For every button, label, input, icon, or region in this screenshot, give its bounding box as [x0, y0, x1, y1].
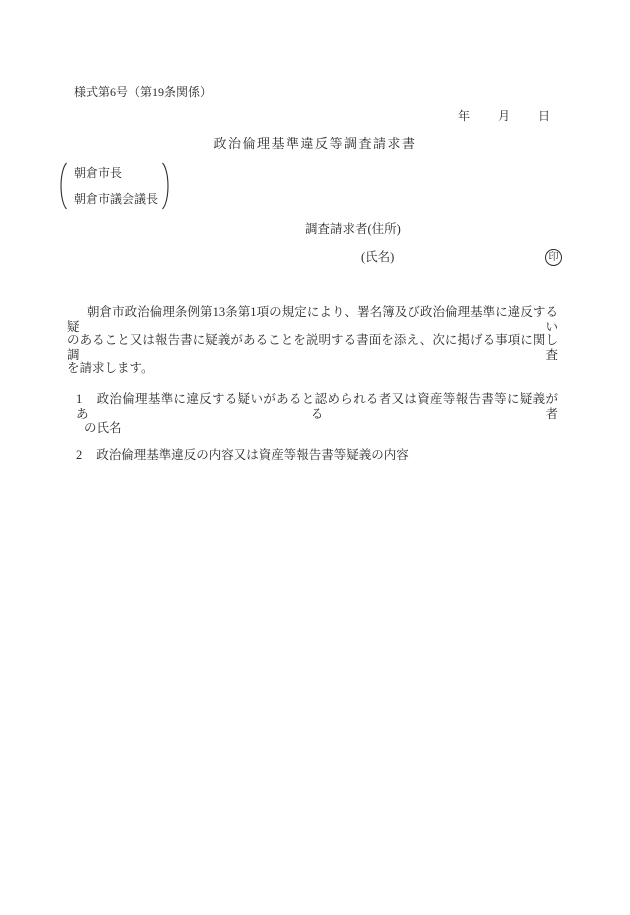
seal-character: 印: [549, 253, 559, 263]
date-month-label: 月: [498, 109, 510, 123]
date-day-label: 日: [538, 109, 550, 123]
list-item-1-number: 1: [76, 392, 82, 407]
document-page: 様式第6号（第19条関係） 年 月 日 政治倫理基準違反等調査請求書 朝倉市長 …: [0, 0, 630, 915]
form-number: 様式第6号（第19条関係）: [74, 85, 212, 99]
left-bracket-icon: [56, 162, 68, 215]
list-item-2-number: 2: [76, 448, 82, 463]
date-line: 年 月 日: [458, 109, 550, 123]
body-paragraph-line-3: を請求します。: [67, 361, 558, 376]
list-item-1-continuation: の氏名: [84, 421, 122, 436]
addressee-mayor: 朝倉市長: [74, 166, 122, 180]
seal-stamp-icon: 印: [545, 249, 562, 266]
requester-name-label: (氏名): [361, 250, 394, 265]
list-item-2: 2政治倫理基準違反の内容又は資産等報告書等疑義の内容: [76, 448, 558, 463]
document-title: 政治倫理基準違反等調査請求書: [0, 136, 630, 152]
date-year-label: 年: [458, 109, 470, 123]
right-bracket-icon: [161, 162, 173, 215]
list-item-1: 1政治倫理基準に違反する疑いがあると認められる者又は資産等報告書等に疑義がある者: [76, 392, 558, 422]
list-item-2-text: 政治倫理基準違反の内容又は資産等報告書等疑義の内容: [96, 448, 409, 462]
body-paragraph-line-1: 朝倉市政治倫理条例第13条第1項の規定により、署名簿及び政治倫理基準に違反する疑…: [67, 305, 558, 335]
list-item-1-text: 政治倫理基準に違反する疑いがあると認められる者又は資産等報告書等に疑義がある者: [76, 392, 558, 421]
requester-address-label: 調査請求者(住所): [305, 222, 401, 237]
body-paragraph-line-2: のあること又は報告書に疑義があることを説明する書面を添え、次に掲げる事項に関し調…: [67, 333, 558, 363]
addressee-council-chair: 朝倉市議会議長: [74, 192, 158, 206]
